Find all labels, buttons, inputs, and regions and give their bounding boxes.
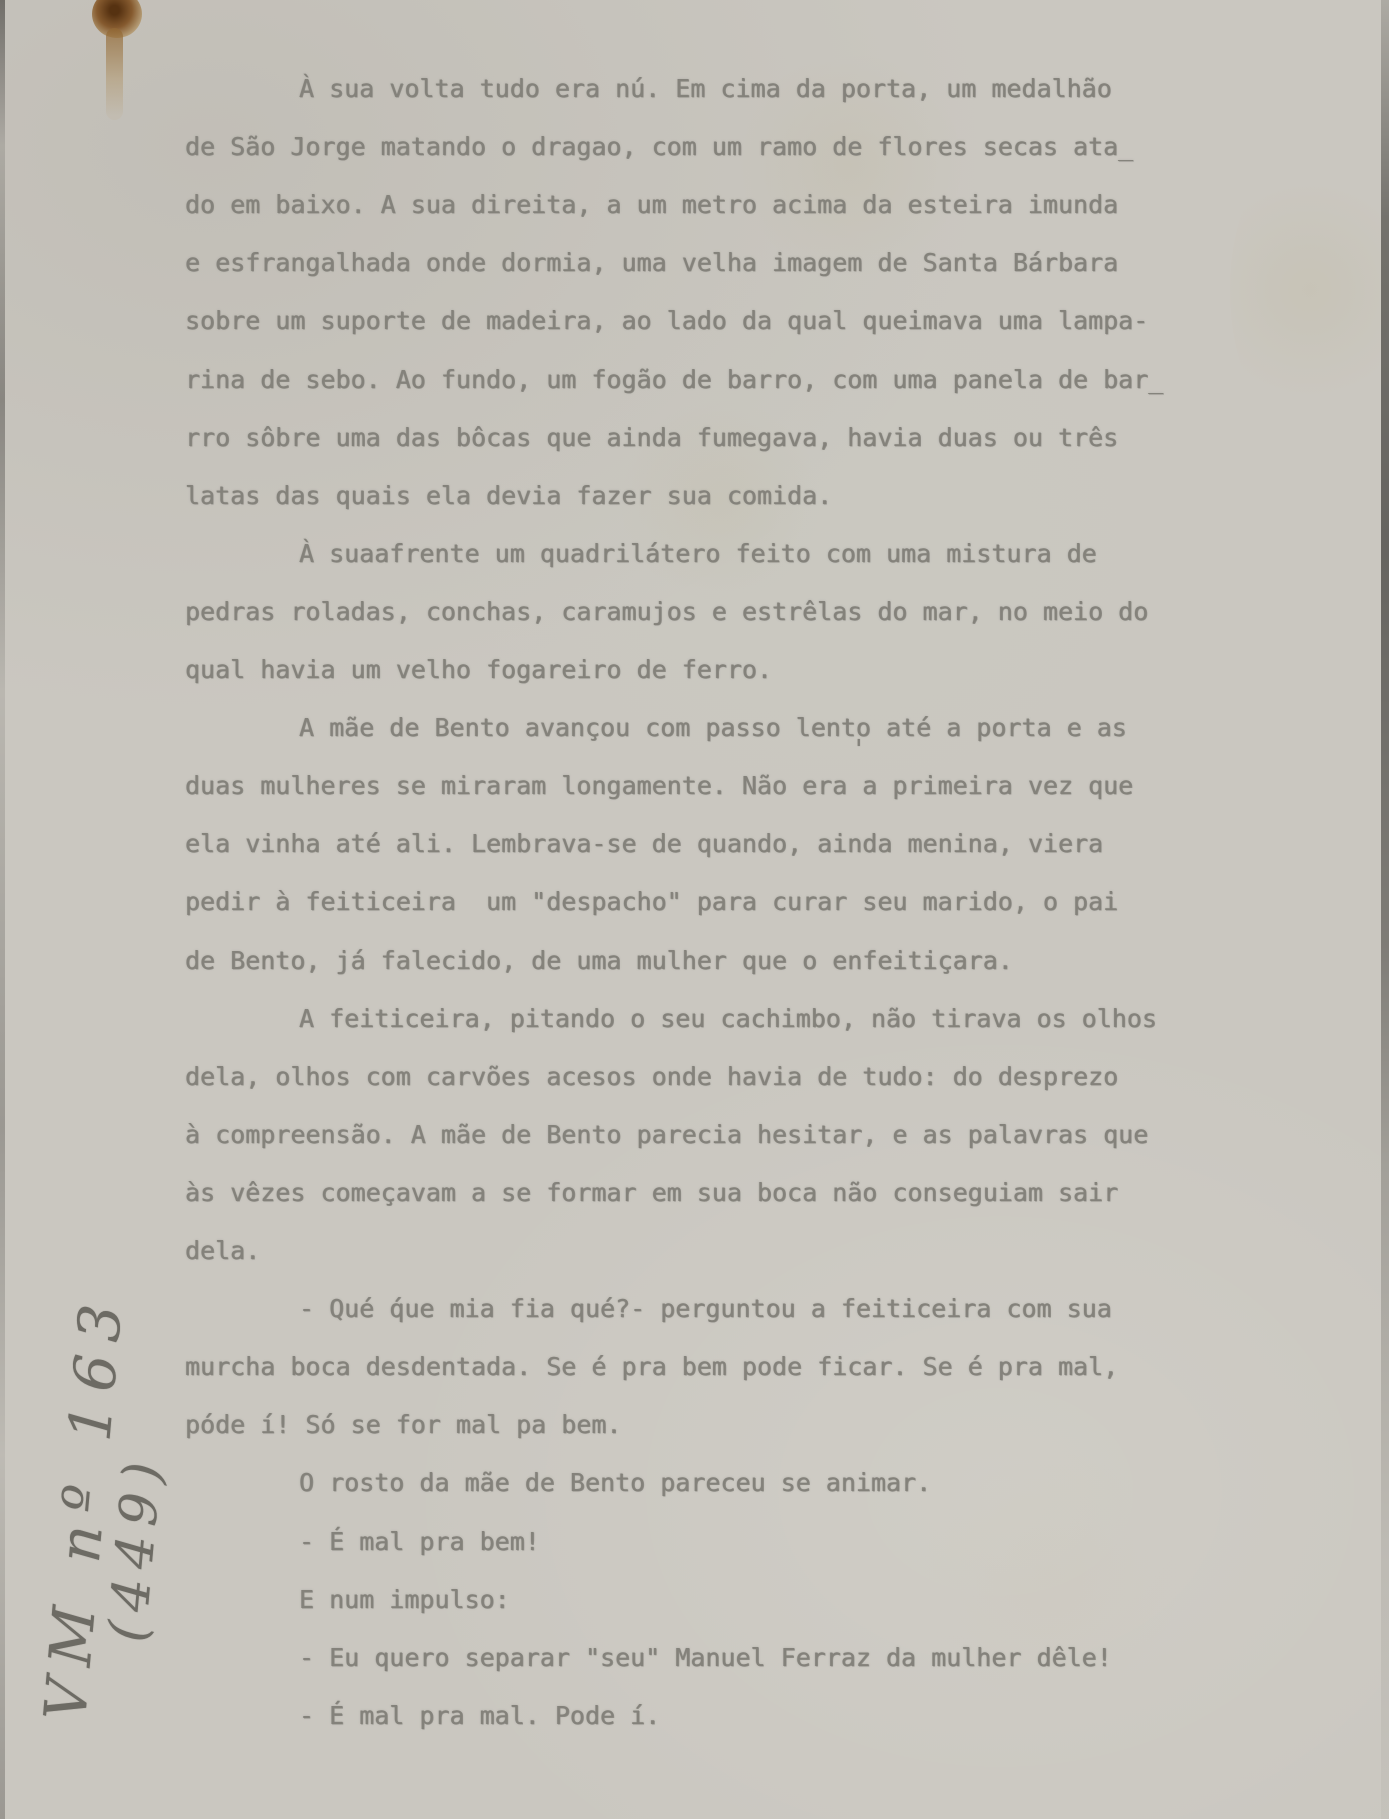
text-line: duas mulheres se miraram longamente. Não…: [185, 771, 1133, 800]
text-line: A feiticeira, pitando o seu cachimbo, nã…: [299, 1004, 1157, 1033]
text-line: - Qué q́ue mia fia qué?- perguntou a fei…: [299, 1294, 1112, 1323]
text-line: O rosto da mãe de Bento pareceu se anima…: [299, 1468, 931, 1497]
text-line: E num impulso:: [299, 1585, 510, 1614]
text-line: latas das quais ela devia fazer sua comi…: [185, 481, 832, 510]
text-line: rina de sebo. Ao fundo, um fogão de barr…: [185, 365, 1163, 394]
text-line: dela, olhos com carvões acesos onde havi…: [185, 1062, 1118, 1091]
text-line: ela vinha até ali. Lembrava-se de quando…: [185, 829, 1103, 858]
text-line: murcha boca desdentada. Se é pra bem pod…: [185, 1352, 1118, 1381]
text-line: sobre um suporte de madeira, ao lado da …: [185, 306, 1148, 335]
text-line: - É mal pra bem!: [299, 1527, 540, 1556]
text-line: A mãe de Bento avançou com passo lento a…: [299, 713, 1127, 742]
manuscript-page: À sua volta tudo era nú. Em cima da port…: [0, 0, 1389, 1819]
text-line: de Bento, já falecido, de uma mulher que…: [185, 946, 1013, 975]
typewritten-text: À sua volta tudo era nú. Em cima da port…: [0, 0, 1389, 1819]
text-line: rro sôbre uma das bôcas que ainda fumega…: [185, 423, 1118, 452]
text-line: às vêzes começavam a se formar em sua bo…: [185, 1178, 1118, 1207]
text-line: qual havia um velho fogareiro de ferro.: [185, 655, 772, 684]
text-line: póde í! Só se for mal pa bem.: [185, 1410, 622, 1439]
text-line: de São Jorge matando o dragao, com um ra…: [185, 132, 1133, 161]
text-line: dela.: [185, 1236, 260, 1265]
text-line: À sua volta tudo era nú. Em cima da port…: [299, 74, 1112, 103]
text-line: - É mal pra mal. Pode í.: [299, 1701, 660, 1730]
text-line: à compreensão. A mãe de Bento parecia he…: [185, 1120, 1148, 1149]
text-line: pedir à feiticeira um "despacho" para cu…: [185, 887, 1118, 916]
text-line: do em baixo. A sua direita, a um metro a…: [185, 190, 1118, 219]
stray-apostrophe-mark: ': [851, 735, 867, 765]
text-line: e esfrangalhada onde dormia, uma velha i…: [185, 248, 1118, 277]
text-line: - Eu quero separar "seu" Manuel Ferraz d…: [299, 1643, 1112, 1672]
text-line: À suaafrente um quadrilátero feito com u…: [299, 539, 1097, 568]
text-line: pedras roladas, conchas, caramujos e est…: [185, 597, 1148, 626]
